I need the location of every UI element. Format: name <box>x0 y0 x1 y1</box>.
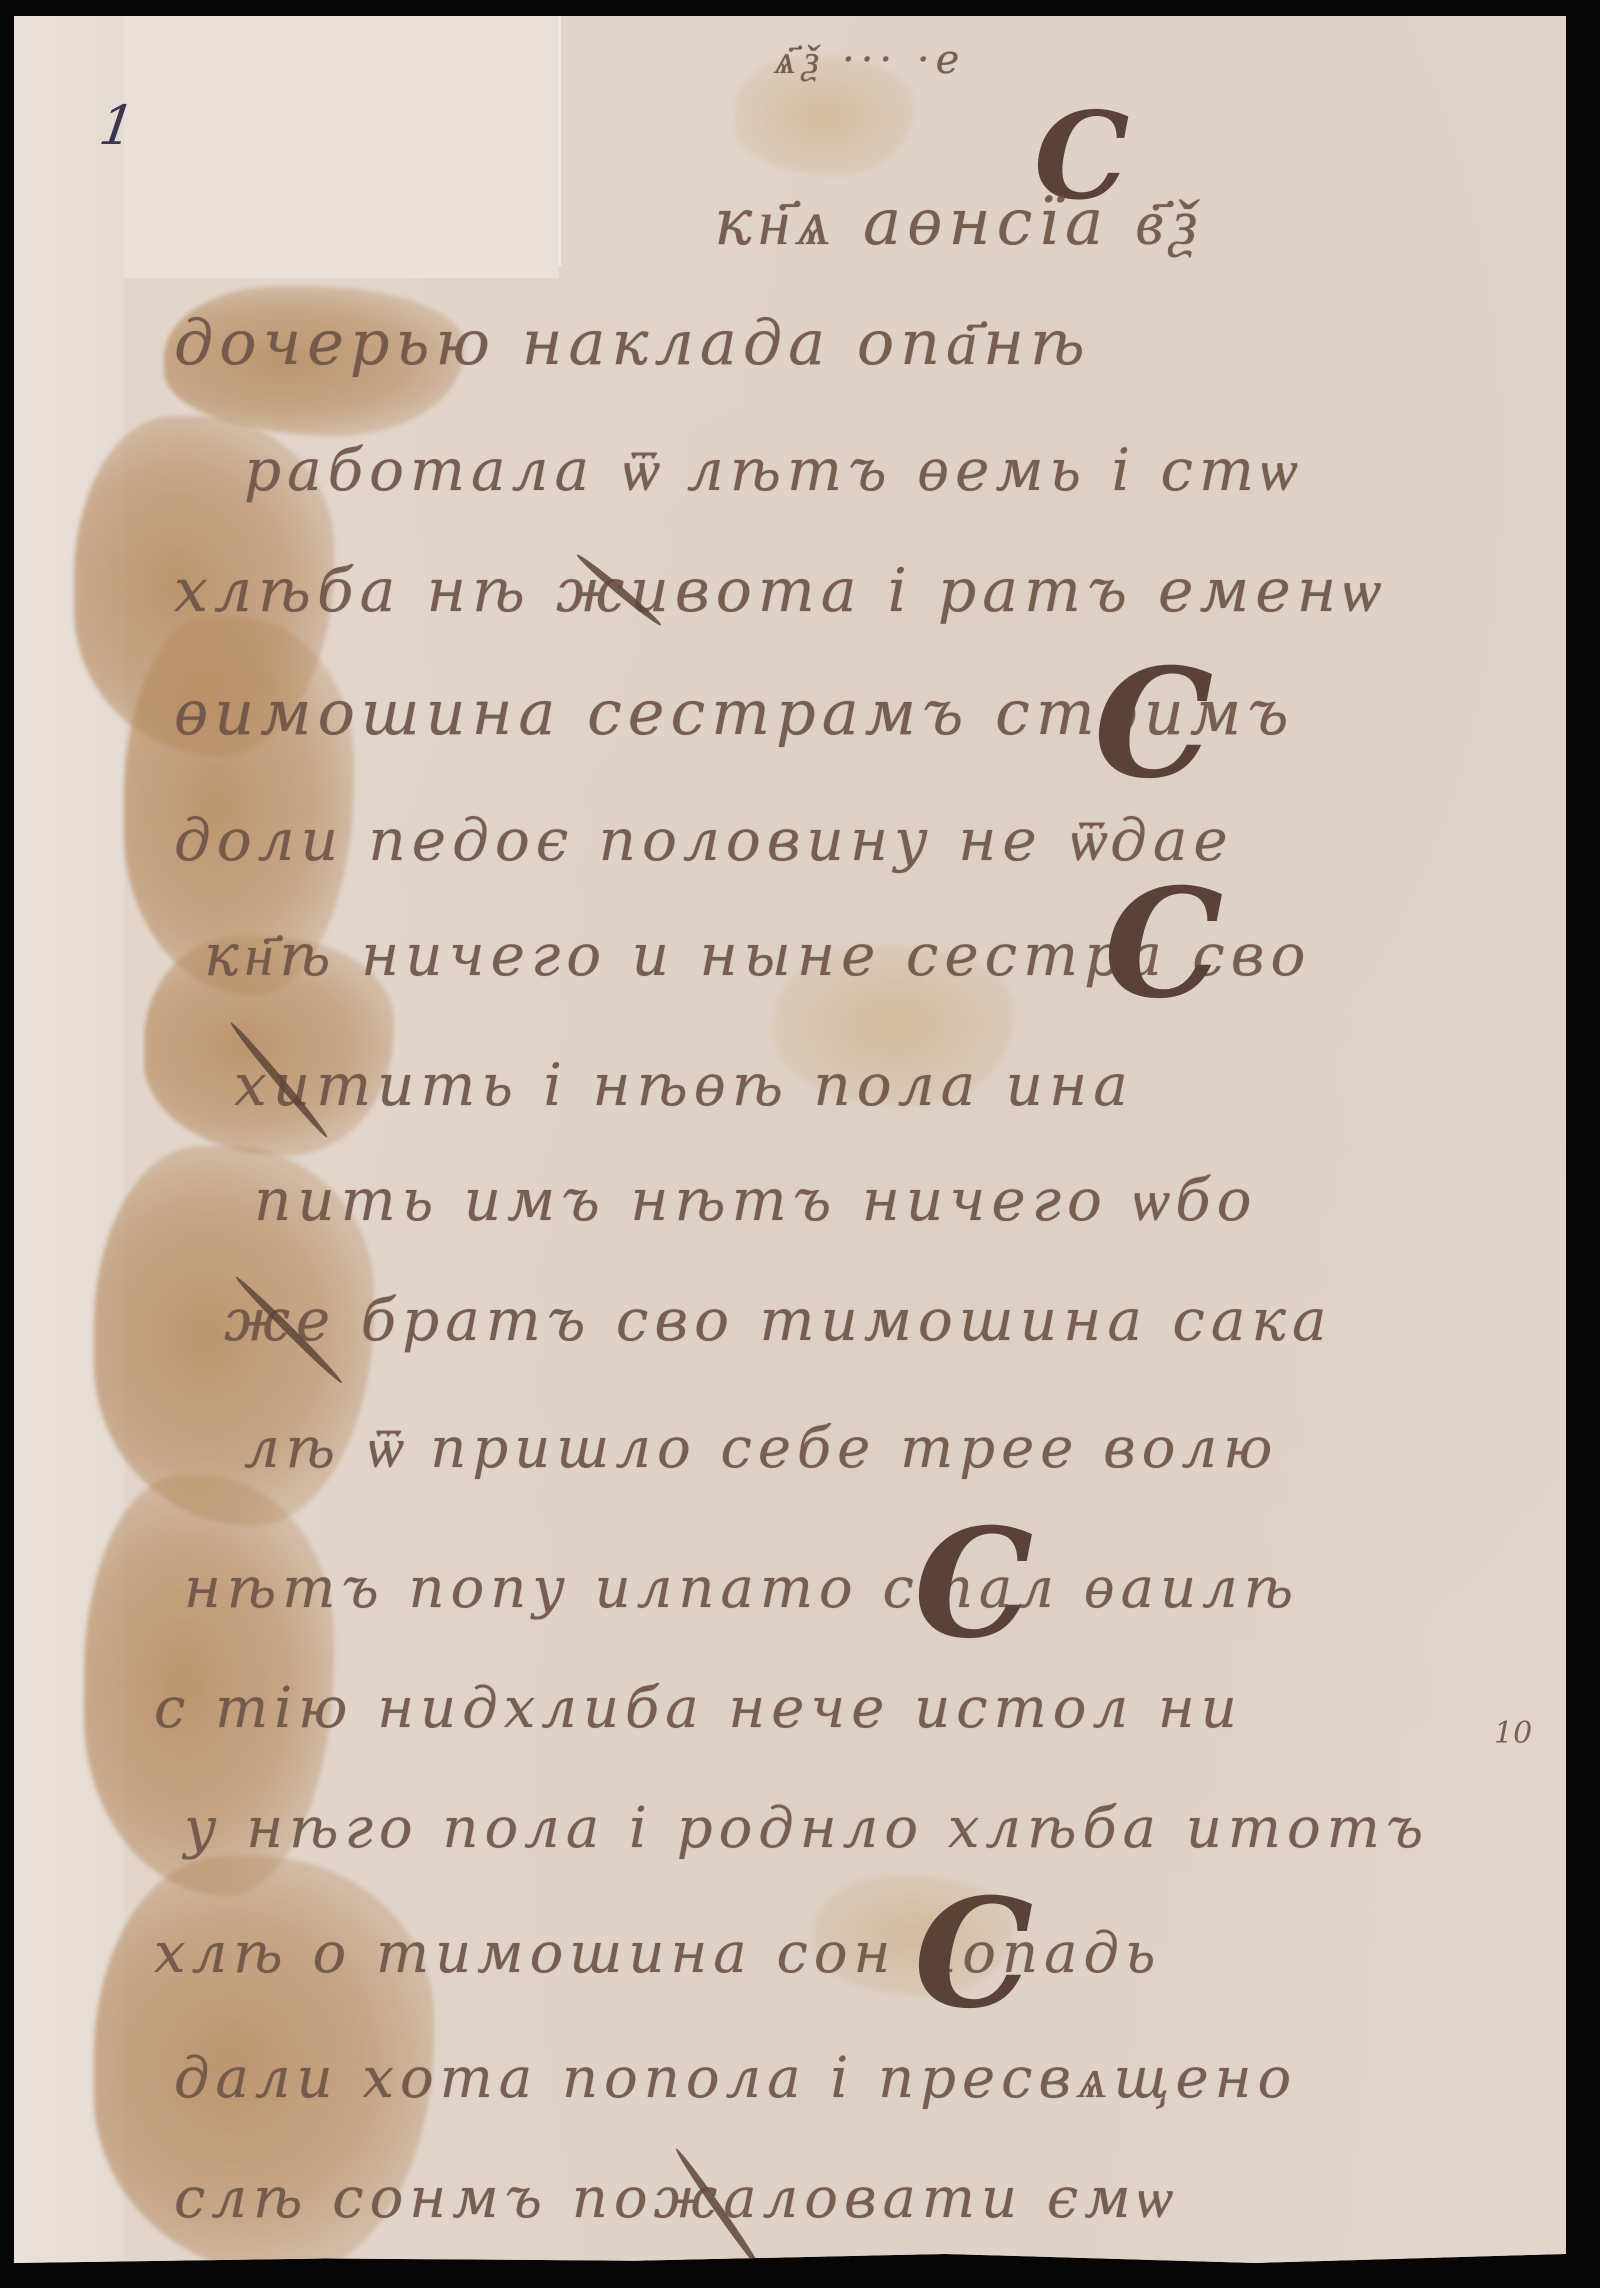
manuscript-line: слѣ сонмъ пожаловати ємѡ <box>174 2166 1178 2231</box>
initial-letter: С <box>914 1496 1033 1672</box>
manuscript-line: у нѣго пола і роднло хлѣба итотъ <box>184 1796 1429 1861</box>
manuscript-line: же братъ сво тимошина сака <box>224 1286 1333 1354</box>
initial-letter: С <box>1104 856 1223 1032</box>
manuscript-line: работала ѿ лѣтъ ѳемь і стѡ <box>244 436 1303 504</box>
scan-viewer: 1 ѧ҃ѯ ··· ·е С кн҃ѧ аѳнсїа в҃ѯ дочерью н… <box>0 0 1600 2288</box>
marginal-number: 10 <box>1494 1716 1532 1751</box>
manuscript-line: пить имъ нѣтъ ничего ѡбо <box>254 1166 1258 1234</box>
initial-letter: С <box>914 1866 1033 2042</box>
manuscript-line: нѣтъ попу илпато стал ѳаилѣ <box>184 1556 1299 1621</box>
manuscript-line: хлѣба нѣ живота і ратъ еменѡ <box>174 556 1386 626</box>
manuscript-line: ѧ҃ѯ ··· ·е <box>774 36 965 83</box>
initial-letter: С <box>1094 636 1213 812</box>
manuscript-line: доли педоє половину не ѿдае <box>174 806 1234 874</box>
manuscript-text: ѧ҃ѯ ··· ·е С кн҃ѧ аѳнсїа в҃ѯ дочерью нак… <box>14 16 1566 2272</box>
manuscript-line: дали хота попола і пресвѧщено <box>174 2046 1297 2111</box>
manuscript-line: лѣ ѿ пришло себе трее волю <box>244 1416 1278 1481</box>
manuscript-line: хитить і нѣѳѣ пола ина <box>234 1051 1134 1119</box>
manuscript-line: дочерью наклада опа҃нѣ <box>174 306 1091 380</box>
manuscript-line: с тію нидхлиба нече истол ни <box>154 1676 1243 1741</box>
manuscript-page: 1 ѧ҃ѯ ··· ·е С кн҃ѧ аѳнсїа в҃ѯ дочерью н… <box>14 16 1566 2272</box>
manuscript-line: кн҃ѧ аѳнсїа в҃ѯ <box>714 186 1200 260</box>
